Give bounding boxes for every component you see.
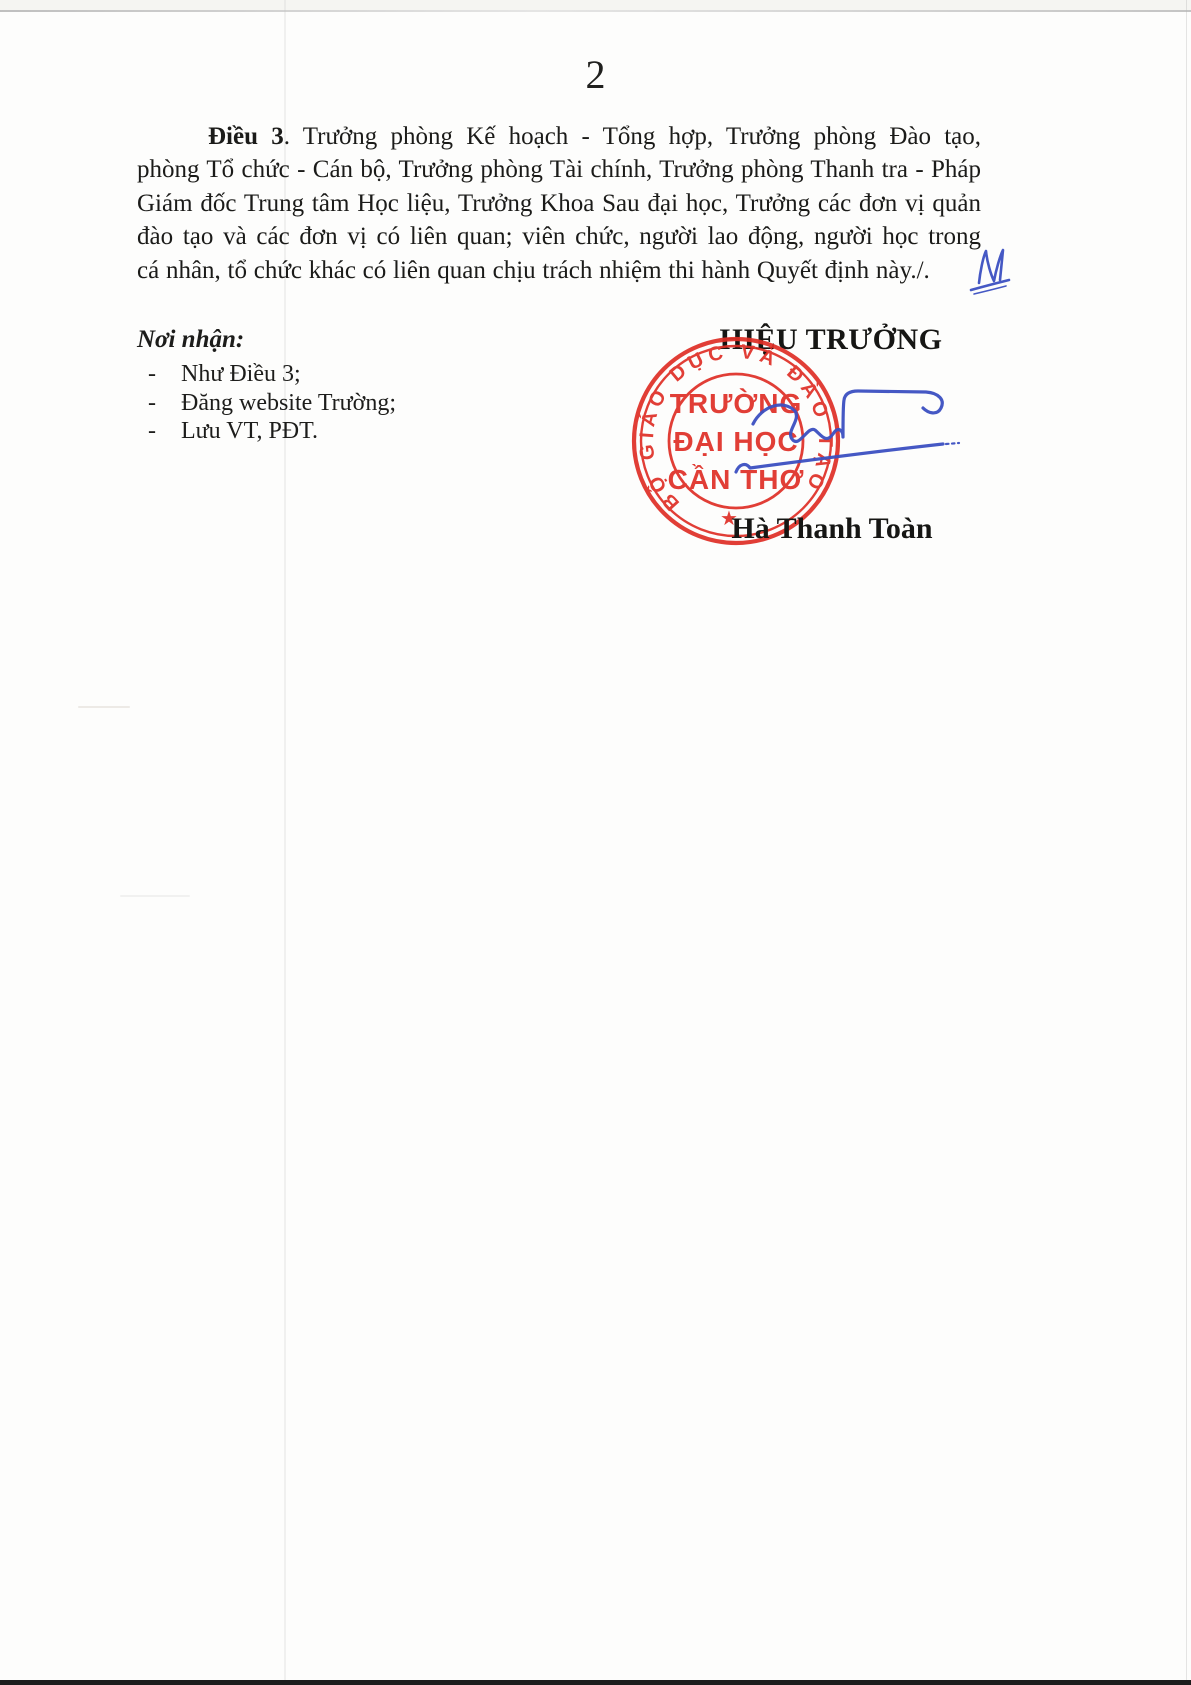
- scan-top-band: [0, 0, 1191, 10]
- article-3-paragraph: Điều 3. Trưởng phòng Kế hoạch - Tổng hợp…: [137, 120, 981, 287]
- scan-right-edge-line: [1186, 0, 1187, 1685]
- page-number: 2: [0, 55, 1191, 95]
- recipients-heading: Nơi nhận:: [137, 326, 537, 354]
- scan-bottom-bar: [0, 1680, 1191, 1685]
- scan-top-edge-line: [0, 10, 1191, 12]
- list-dash: -: [148, 389, 165, 418]
- paragraph-line: đào tạo và các đơn vị có liên quan; viên…: [137, 220, 981, 253]
- paragraph-line: phòng Tổ chức - Cán bộ, Trưởng phòng Tài…: [137, 153, 981, 186]
- list-dash: -: [148, 417, 165, 446]
- scan-smudge: [120, 895, 190, 897]
- document-page: 2 Điều 3. Trưởng phòng Kế hoạch - Tổng h…: [0, 0, 1191, 1685]
- list-dash: -: [148, 360, 165, 389]
- recipient-item: - Như Điều 3;: [137, 360, 537, 389]
- recipient-item: - Đăng website Trường;: [137, 389, 537, 418]
- scan-smudge: [78, 706, 130, 708]
- paragraph-line: Giám đốc Trung tâm Học liệu, Trưởng Khoa…: [137, 187, 981, 220]
- handwritten-signature: [560, 330, 1080, 530]
- handwritten-initials-mark: [963, 240, 1015, 296]
- recipient-item-text: Đăng website Trường;: [181, 389, 396, 418]
- paragraph-line: cá nhân, tổ chức khác có liên quan chịu …: [137, 254, 981, 287]
- paragraph-line: Điều 3. Trưởng phòng Kế hoạch - Tổng hợp…: [137, 120, 981, 153]
- recipient-item: - Lưu VT, PĐT.: [137, 417, 537, 446]
- recipients-list: - Như Điều 3; - Đăng website Trường; - L…: [137, 360, 537, 446]
- recipient-item-text: Lưu VT, PĐT.: [181, 417, 318, 446]
- recipient-item-text: Như Điều 3;: [181, 360, 301, 389]
- signer-name: Hà Thanh Toàn: [657, 513, 1007, 545]
- article-label: Điều 3: [208, 123, 284, 150]
- recipients-block: Nơi nhận: - Như Điều 3; - Đăng website T…: [137, 326, 537, 446]
